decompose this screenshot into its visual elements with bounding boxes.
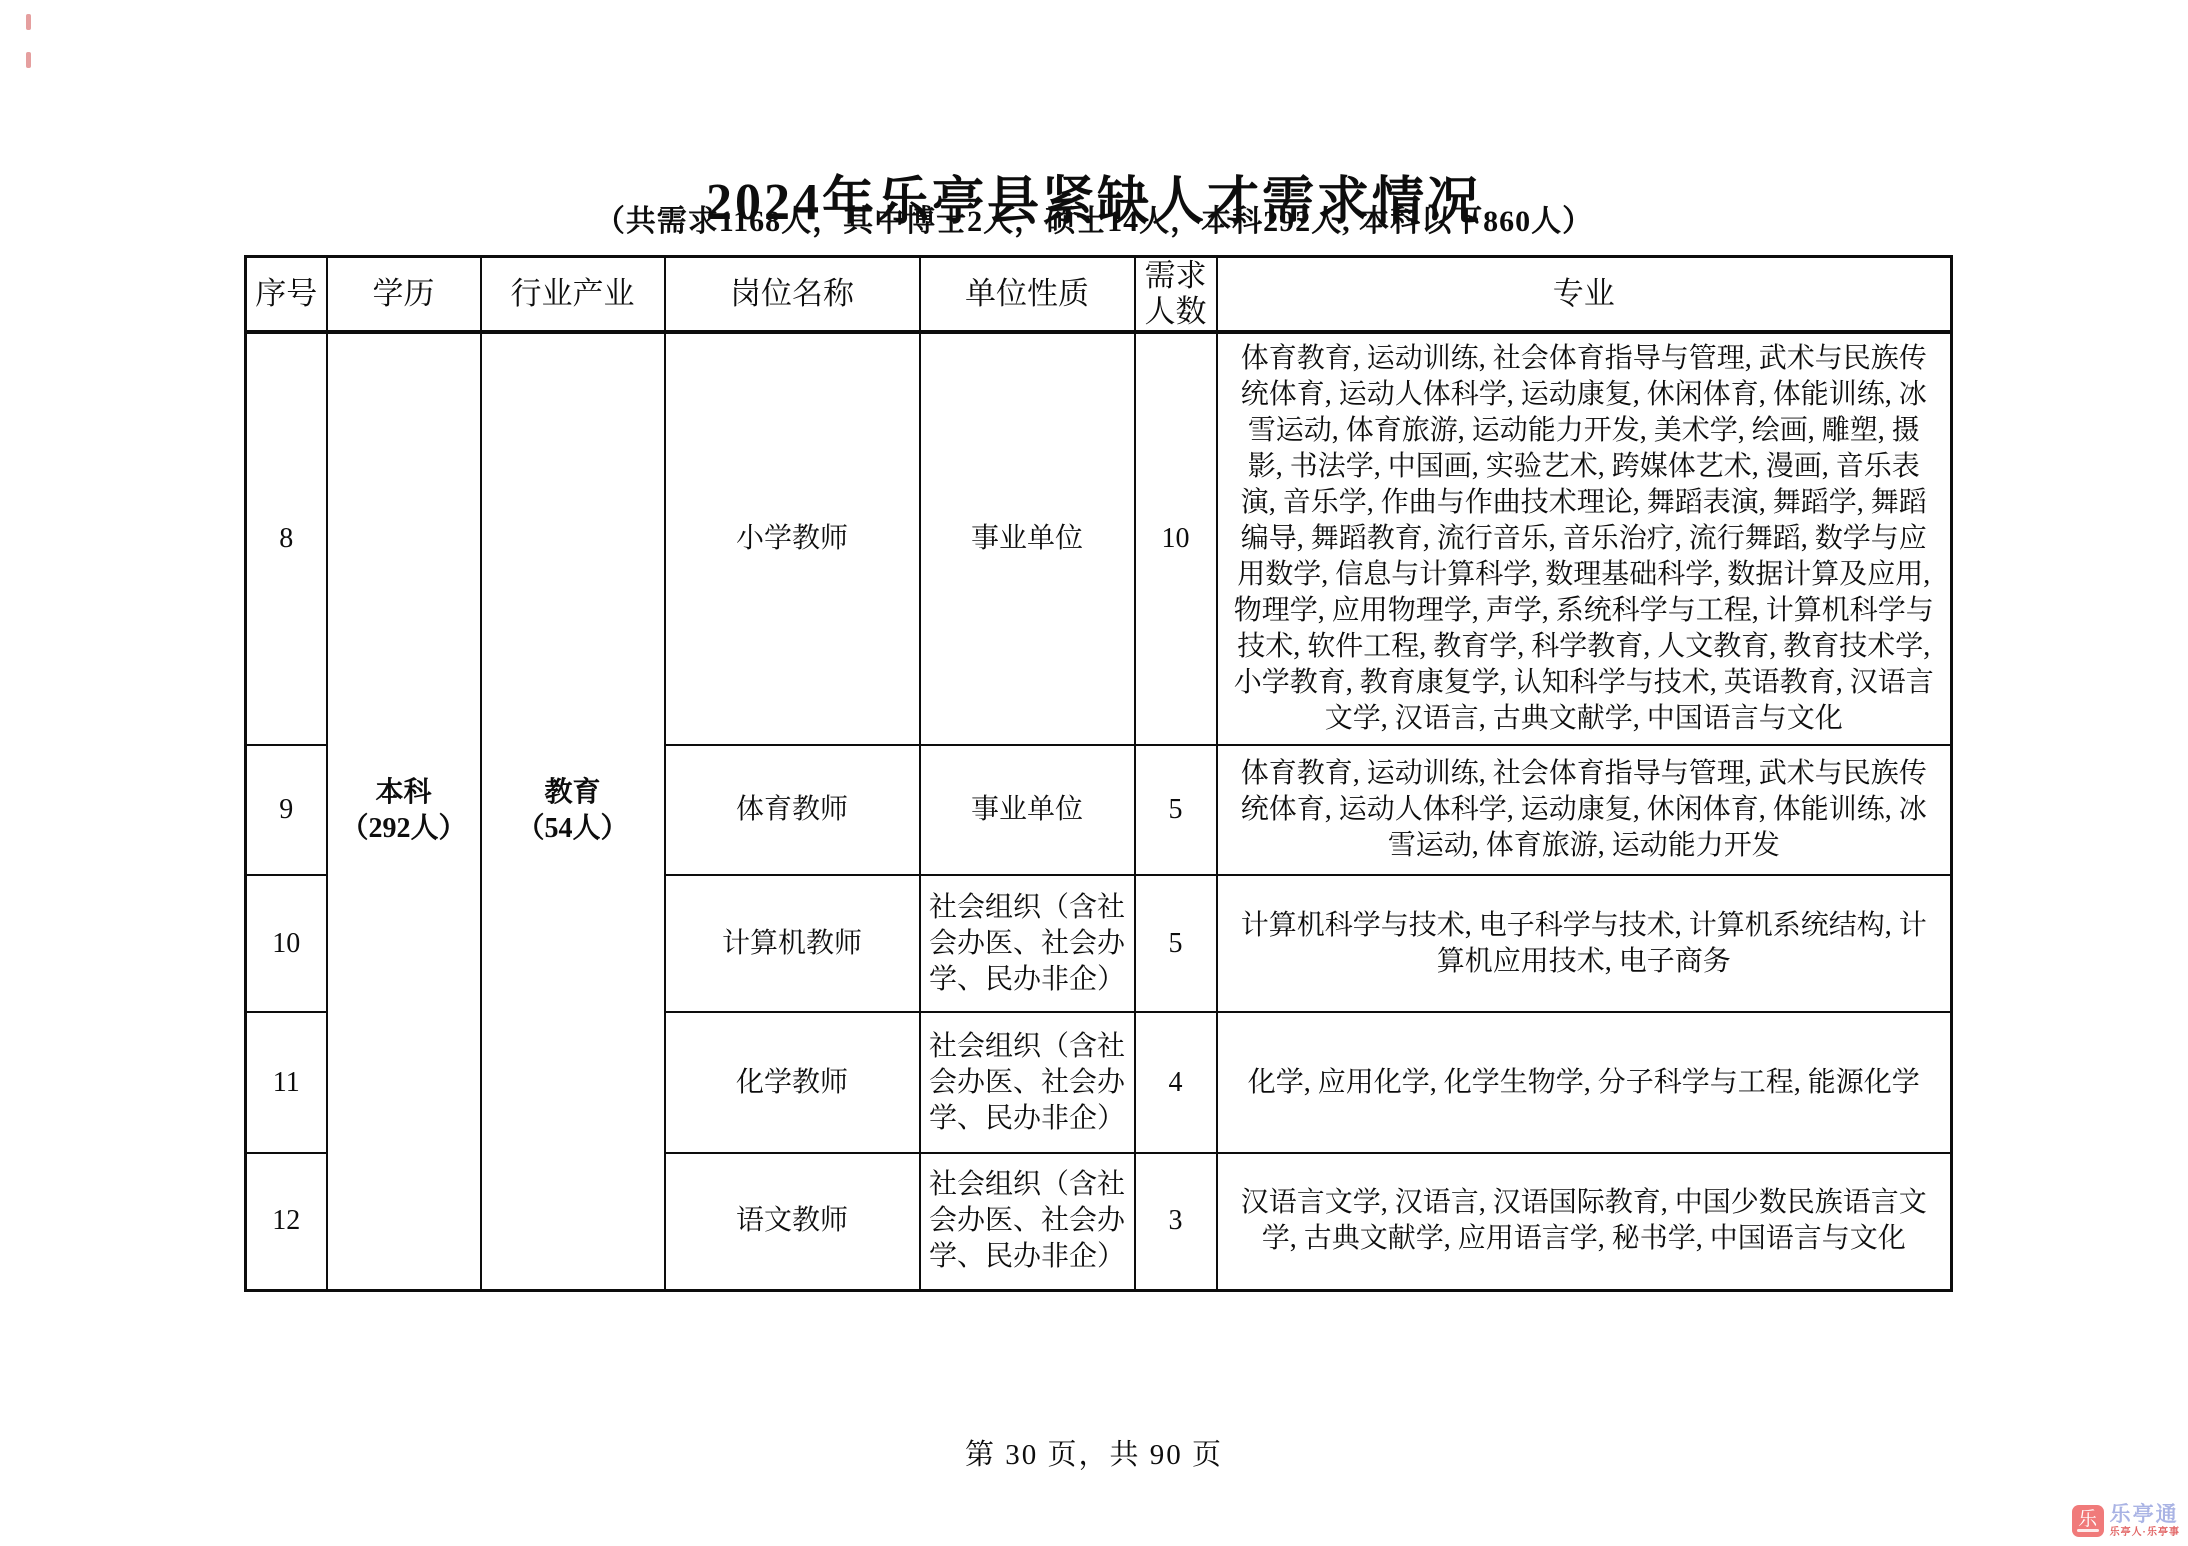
- col-header-majors: 专业: [1217, 257, 1952, 333]
- col-header-demand-count: 需求人数: [1135, 257, 1217, 333]
- page-subtitle: （共需求1168人，其中博士2人，硕士14人，本科292人, 本科以下860人）: [0, 196, 2188, 240]
- majors-cell: 计算机科学与技术, 电子科学与技术, 计算机系统结构, 计算机应用技术, 电子商…: [1217, 875, 1952, 1012]
- watermark: 乐 乐亭通 乐亭人·乐亭事: [2072, 1504, 2180, 1538]
- col-header-position: 岗位名称: [665, 257, 920, 333]
- footer-page-number: 第 30 页，共 90 页: [0, 1432, 2188, 1473]
- unit-type-cell: 事业单位: [920, 332, 1135, 745]
- col-header-serial: 序号: [246, 257, 327, 333]
- position-cell: 化学教师: [665, 1012, 920, 1153]
- red-proof-marks: [26, 14, 34, 104]
- unit-type-cell: 社会组织（含社会办医、社会办学、民办非企）: [920, 1153, 1135, 1290]
- header-row: 序号 学历 行业产业 岗位名称 单位性质 需求人数 专业: [246, 257, 1952, 333]
- position-cell: 语文教师: [665, 1153, 920, 1290]
- watermark-tagline: 乐亭人·乐亭事: [2110, 1528, 2180, 1538]
- demand-count-cell: 5: [1135, 875, 1217, 1012]
- demand-count-cell: 5: [1135, 745, 1217, 875]
- table-row: 8 本科 （292人） 教育 （54人） 小学教师 事业单位 10 体育教育, …: [246, 332, 1952, 745]
- watermark-name: 乐亭通: [2110, 1504, 2180, 1525]
- unit-type-cell: 事业单位: [920, 745, 1135, 875]
- letingtong-app-icon: 乐: [2072, 1505, 2104, 1537]
- col-header-unit-type: 单位性质: [920, 257, 1135, 333]
- serial-cell: 10: [246, 875, 327, 1012]
- demand-count-cell: 10: [1135, 332, 1217, 745]
- majors-cell: 汉语言文学, 汉语言, 汉语国际教育, 中国少数民族语言文学, 古典文献学, 应…: [1217, 1153, 1952, 1290]
- demand-table: 序号 学历 行业产业 岗位名称 单位性质 需求人数 专业 8 本科 （292人）…: [244, 255, 1953, 1292]
- position-cell: 计算机教师: [665, 875, 920, 1012]
- col-header-education: 学历: [327, 257, 481, 333]
- serial-cell: 11: [246, 1012, 327, 1153]
- majors-cell: 化学, 应用化学, 化学生物学, 分子科学与工程, 能源化学: [1217, 1012, 1952, 1153]
- unit-type-cell: 社会组织（含社会办医、社会办学、民办非企）: [920, 1012, 1135, 1153]
- unit-type-cell: 社会组织（含社会办医、社会办学、民办非企）: [920, 875, 1135, 1012]
- col-header-industry: 行业产业: [481, 257, 665, 333]
- serial-cell: 8: [246, 332, 327, 745]
- industry-cell: 教育 （54人）: [481, 332, 665, 1290]
- serial-cell: 12: [246, 1153, 327, 1290]
- majors-cell: 体育教育, 运动训练, 社会体育指导与管理, 武术与民族传统体育, 运动人体科学…: [1217, 745, 1952, 875]
- position-cell: 体育教师: [665, 745, 920, 875]
- serial-cell: 9: [246, 745, 327, 875]
- position-cell: 小学教师: [665, 332, 920, 745]
- education-level-cell: 本科 （292人）: [327, 332, 481, 1290]
- demand-count-cell: 3: [1135, 1153, 1217, 1290]
- majors-cell: 体育教育, 运动训练, 社会体育指导与管理, 武术与民族传统体育, 运动人体科学…: [1217, 332, 1952, 745]
- demand-count-cell: 4: [1135, 1012, 1217, 1153]
